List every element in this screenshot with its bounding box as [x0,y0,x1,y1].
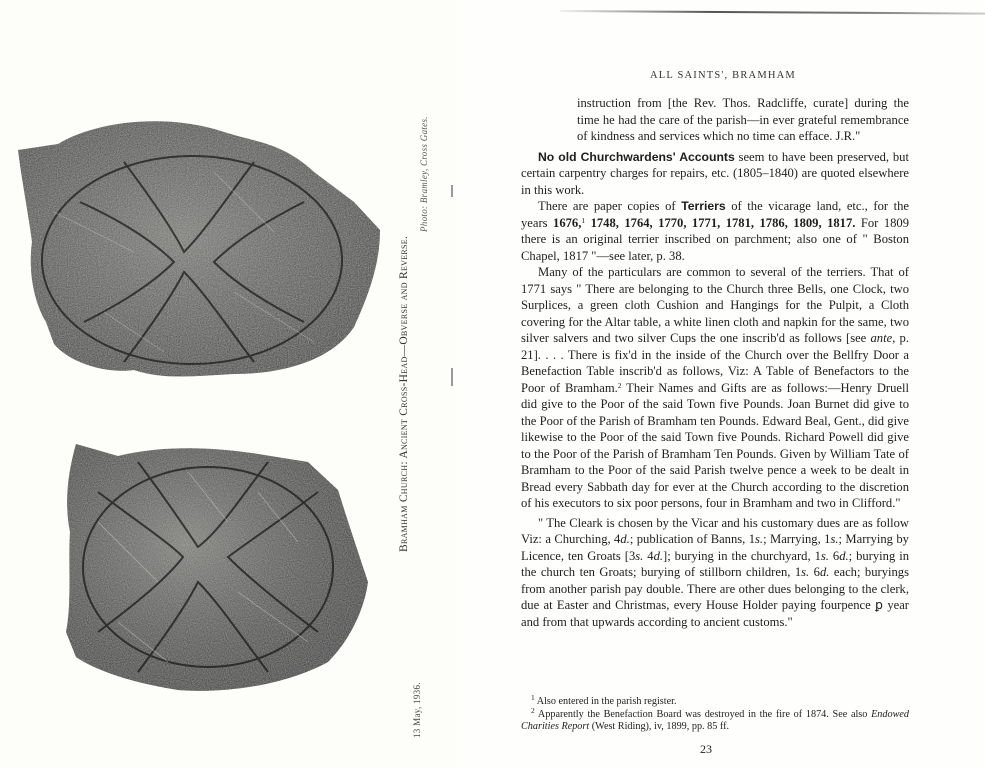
footnote-2: 2 Apparently the Benefaction Board was d… [521,709,909,734]
body-text: instruction from [the Rev. Thos. Radclif… [521,95,909,630]
paragraph-text: There are paper copies of [538,199,681,213]
footnote-1: 1 Also entered in the parish register. [521,696,909,709]
page-number: 23 [700,742,712,757]
left-page-plate: Bramham Church: Ancient Cross-Head—Obver… [0,0,455,768]
footnote-text: Also entered in the parish register. [535,696,677,707]
plate-caption: Bramham Church: Ancient Cross-Head—Obver… [398,236,410,552]
cross-head-reverse-photo [58,432,370,694]
italic-unit: d. [654,549,663,563]
year-list: 1676, [553,216,581,230]
italic-unit: s. [830,532,838,546]
gutter-mark [451,185,453,197]
italic-unit: s. [801,565,809,579]
footnote-text: Apparently the Benefaction Board was des… [535,709,871,720]
photo-credit: Photo: Bramley, Cross Gates. [419,116,429,232]
cross-head-obverse-photo [14,112,382,384]
photo-date: 13 May, 1936. [412,682,422,738]
stone-obverse-icon [14,112,382,384]
italic-unit: d. [839,549,848,563]
paragraph-text: ; publication of Banns, 1 [630,532,755,546]
paragraph-text: ]; burying in the churchyard, 1 [663,549,821,563]
italic-ante: ante [871,331,893,345]
paragraph-text: ; Marrying, 1 [763,532,830,546]
stone-reverse-icon [58,432,370,694]
paragraph-text: 6 [809,565,820,579]
italic-unit: s. [755,532,763,546]
paragraph-churchwardens: No old Churchwardens' Accounts seem to h… [521,149,909,199]
running-head: All Saints', Bramham [650,70,796,81]
paragraph-text: Their Names and Gifts are as follows:—He… [521,381,909,511]
year-list: 1748, 1764, 1770, 1771, 1781, 1786, 1809… [585,216,855,230]
quote-continuation: instruction from [the Rev. Thos. Radclif… [521,95,909,145]
paragraph-text: Many of the particulars are common to se… [521,265,909,345]
footnote-text: (West Riding), iv, 1899, pp. 85 ff. [589,721,729,732]
italic-unit: d. [620,532,629,546]
paragraph-terrier-1771: Many of the particulars are common to se… [521,264,909,512]
paragraph-clerk-dues: " The Cleark is chosen by the Vicar and … [521,515,909,631]
italic-unit: s. [821,549,829,563]
paragraph-text: 4 [643,549,653,563]
footnotes: 1 Also entered in the parish register. 2… [521,696,909,734]
paragraph-text: 6 [829,549,839,563]
paragraph-terriers: There are paper copies of Terriers of th… [521,198,909,264]
bold-term: Terriers [681,199,726,213]
gutter-mark [451,368,453,386]
bold-heading: No old Churchwardens' Accounts [538,150,735,164]
